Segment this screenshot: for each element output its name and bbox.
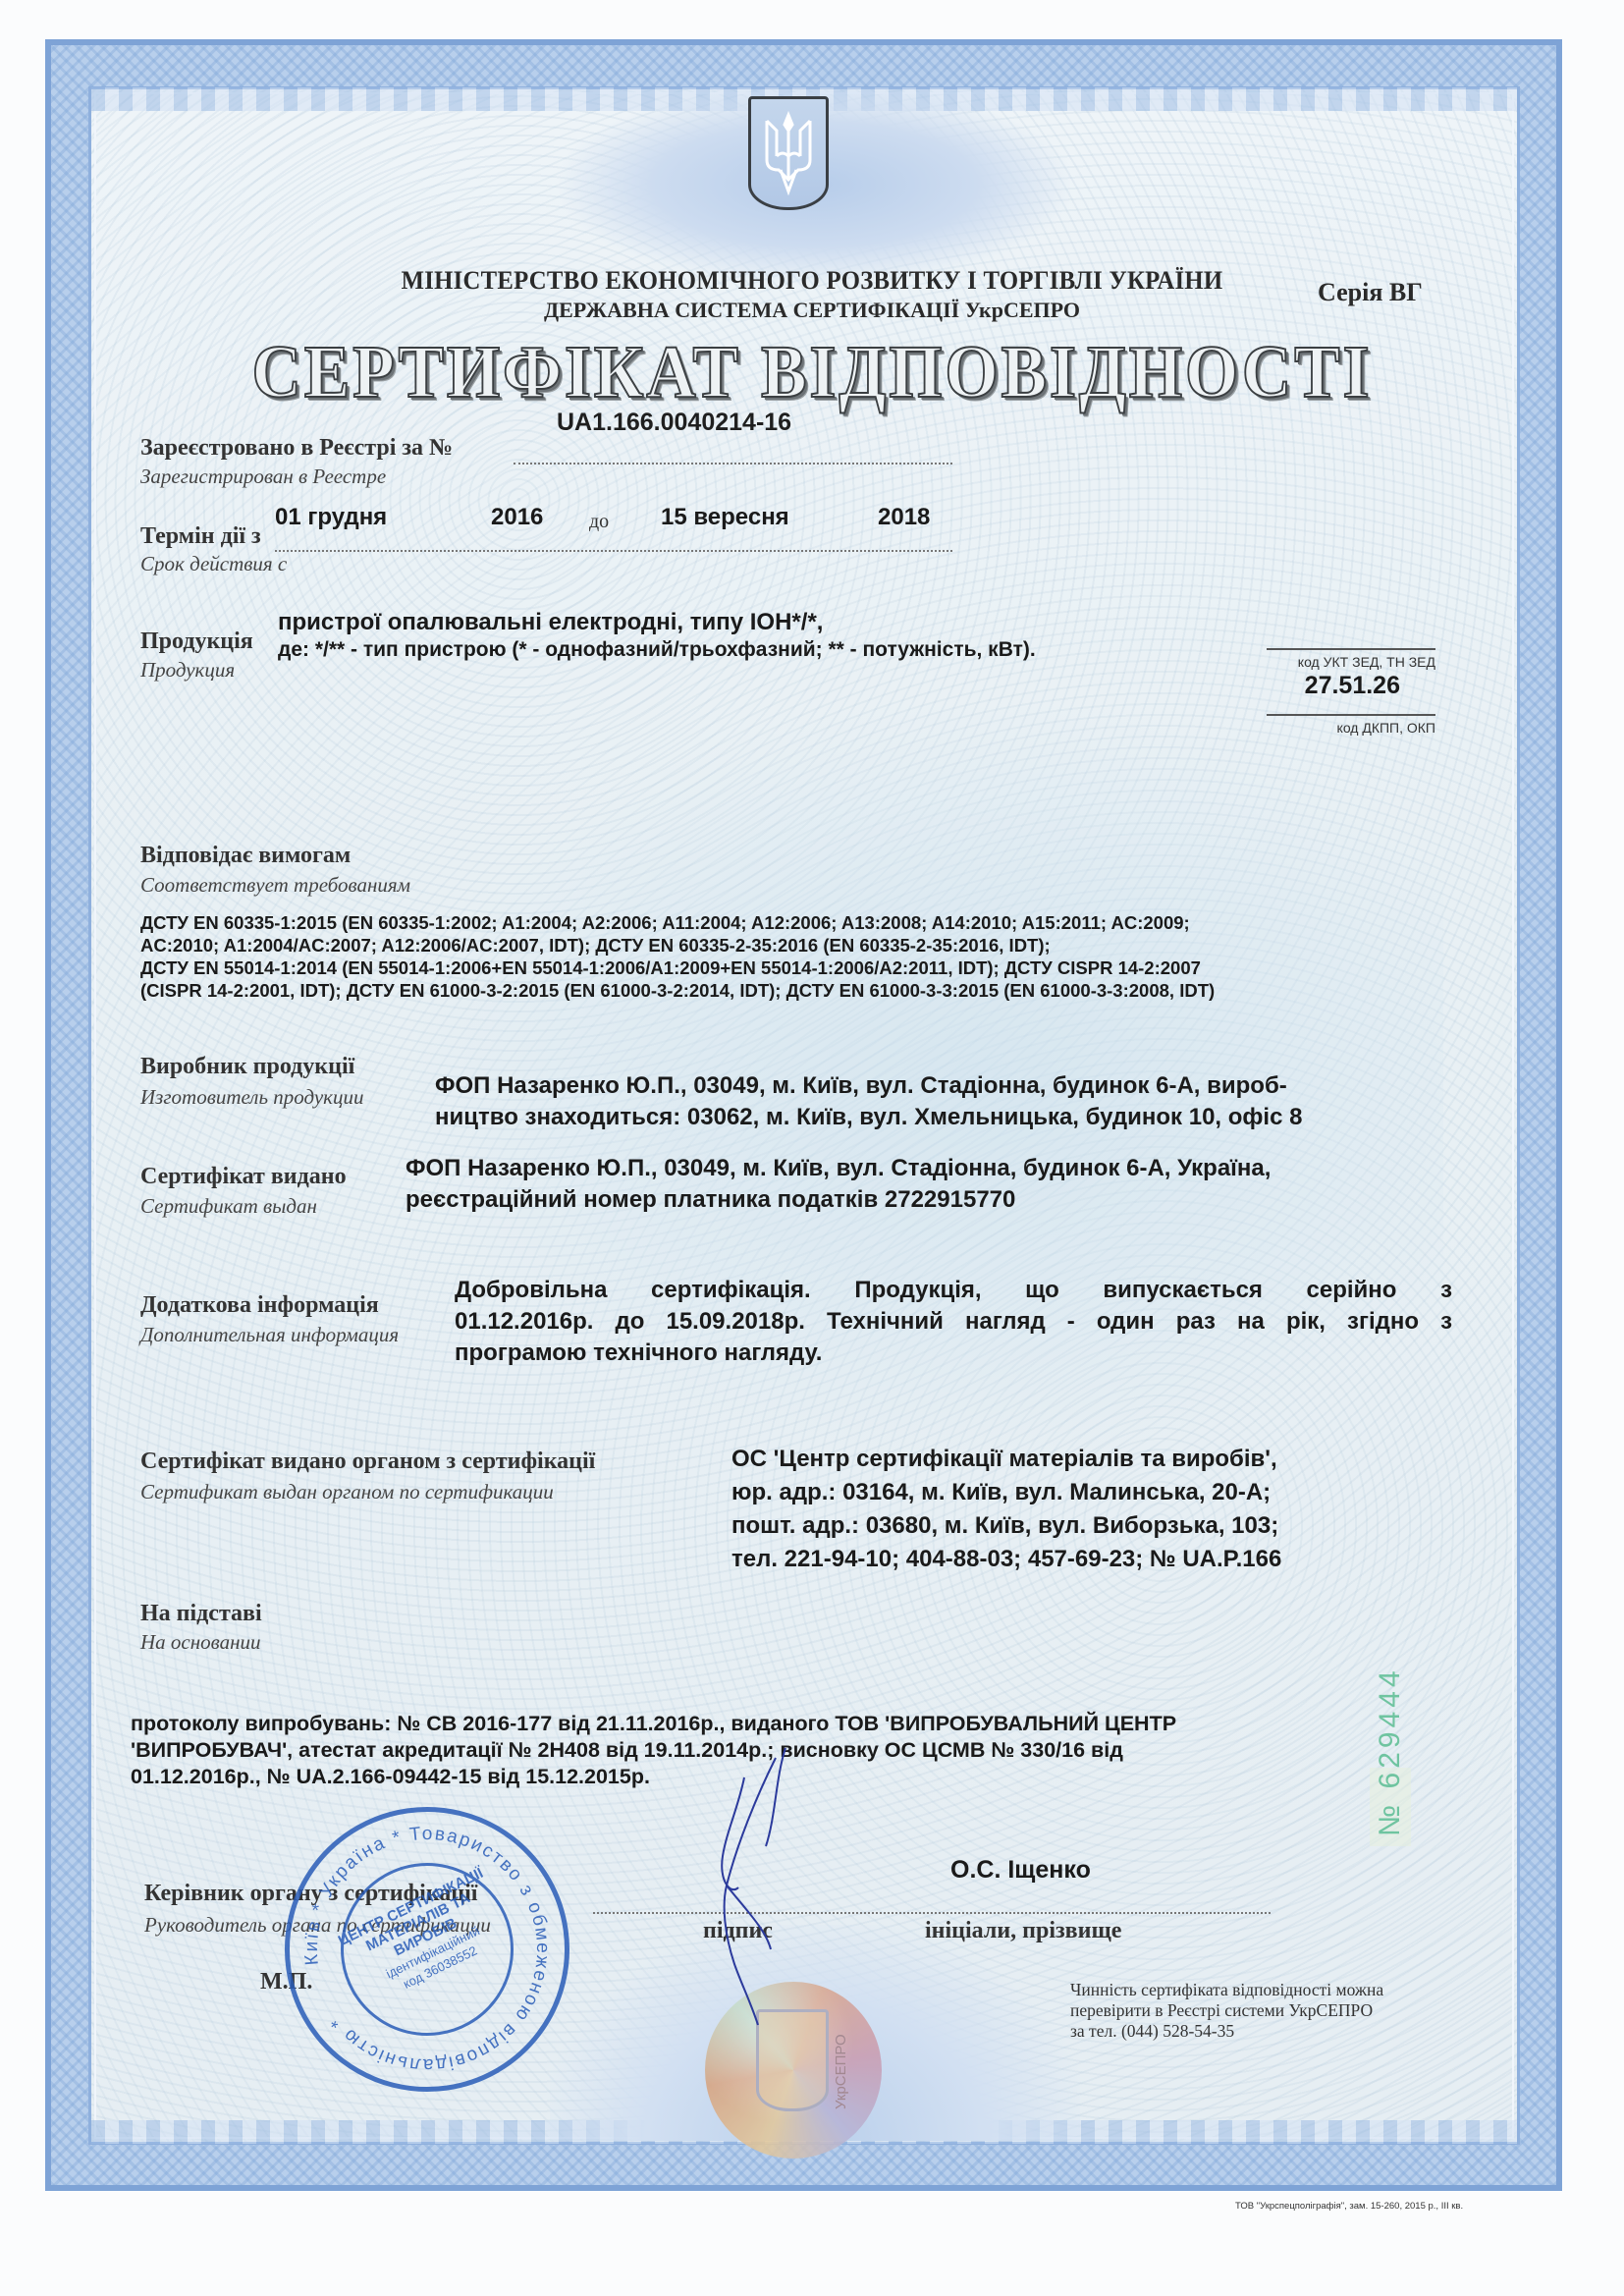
additional-info-line: 01.12.2016р. до 15.09.2018р. Технічний н… [455,1306,1452,1338]
certification-body-line: пошт. адр.: 03680, м. Київ, вул. Виборзь… [731,1509,1281,1543]
validity-label: Термін дії з [140,523,261,550]
verification-note: Чинність сертифіката відповідності можна… [1070,1980,1443,2042]
issued-to-line: ФОП Назаренко Ю.П., 03049, м. Київ, вул.… [406,1153,1271,1184]
code-divider [1267,648,1435,650]
series-label: Серія ВГ [1318,278,1423,307]
certificate-title: СЕРТИФІКАТ ВІДПОВІДНОСТІ [65,330,1559,415]
name-caption: ініціали, прізвище [925,1918,1121,1944]
issued-to-line: реєстраційний номер платника податків 27… [406,1184,1271,1216]
hologram-text: УкрСЕПРО [833,2034,849,2109]
code-divider [1267,714,1435,716]
dkpp-code-label: код ДКПП, ОКП [1267,720,1435,736]
certification-body-line: тел. 221-94-10; 404-88-03; 457-69-23; № … [731,1543,1281,1576]
certification-body-details: ОС 'Центр сертифікації матеріалів та вир… [731,1443,1281,1576]
valid-to-year: 2018 [878,504,930,531]
compliance-label: Відповідає вимогам [140,843,351,869]
uktzed-code-value: 27.51.26 [1267,672,1400,700]
additional-info-line: програмою технічного нагляду. [455,1338,1452,1369]
basis-label-ru: На основании [140,1630,261,1655]
product-codes: код УКТ ЗЕД, ТН ЗЕД 27.51.26 код ДКПП, О… [1267,648,1435,736]
manufacturer-address: ФОП Назаренко Ю.П., 03049, м. Київ, вул.… [435,1070,1302,1133]
manufacturer-line: ФОП Назаренко Ю.П., 03049, м. Київ, вул.… [435,1070,1302,1102]
standards-line: AC:2010; A1:2004/AC:2007; A12:2006/AC:20… [140,934,1456,957]
registry-label-ru: Зарегистрирован в Реестре [140,465,386,489]
issued-to-label-ru: Сертификат выдан [140,1194,317,1219]
product-label-ru: Продукция [140,658,235,683]
certification-body-line: ОС 'Центр сертифікації матеріалів та вир… [731,1443,1281,1476]
product-label: Продукція [140,629,253,655]
additional-info-line: Добровільна сертифікація. Продукція, що … [455,1275,1452,1306]
official-stamp: Київ * Україна * Товариство з обмеженою … [266,1788,588,2110]
registry-underline [514,463,952,465]
certificate-number: UA1.166.0040214-16 [557,409,791,437]
issued-to-label: Сертифікат видано [140,1164,347,1190]
additional-info-label: Додаткова інформація [140,1292,379,1319]
basis-line: протоколу випробувань: № СВ 2016-177 від… [131,1711,1358,1737]
valid-from-year: 2016 [491,504,543,531]
manufacturer-line: ництво знаходиться: 03062, м. Київ, вул.… [435,1102,1302,1133]
serial-number: № 629444 [1370,1768,1411,1846]
verification-line: Чинність сертифіката відповідності можна [1070,1980,1443,2000]
basis-label: На підставі [140,1601,262,1627]
trident-icon [748,96,829,210]
signer-name: О.С. Іщенко [950,1856,1091,1885]
compliance-label-ru: Соответствует требованиям [140,873,410,898]
issued-to-details: ФОП Назаренко Ю.П., 03049, м. Київ, вул.… [406,1153,1271,1216]
additional-info-label-ru: Дополнительная информация [140,1323,399,1347]
certification-body-line: юр. адр.: 03164, м. Київ, вул. Малинська… [731,1476,1281,1509]
additional-info-text: Добровільна сертифікація. Продукція, що … [455,1275,1452,1369]
valid-to-date: 15 вересня [661,504,789,531]
valid-to-word: до [589,511,609,533]
registry-label: Зареєстровано в Реєстрі за № [140,435,453,462]
product-line-1: пристрої опалювальні електродні, типу ІО… [278,609,823,636]
uktzed-code-label: код УКТ ЗЕД, ТН ЗЕД [1267,654,1435,670]
valid-from-date: 01 грудня [275,504,387,531]
certification-body-label: Сертифікат видано органом з сертифікації [140,1449,595,1475]
certification-body-label-ru: Сертификат выдан органом по сертификации [140,1480,554,1504]
product-line-2: де: */** - тип пристрою (* - однофазний/… [278,638,1036,662]
standards-line: (CISPR 14-2:2001, IDT); ДСТУ EN 61000-3-… [140,979,1456,1002]
validity-underline [275,550,952,552]
verification-line: перевірити в Реєстрі системи УкрСЕПРО [1070,2000,1443,2021]
standards-line: ДСТУ EN 60335-1:2015 (EN 60335-1:2002; A… [140,911,1456,934]
verification-line: за тел. (044) 528-54-35 [1070,2021,1443,2042]
manufacturer-label: Виробник продукції [140,1054,354,1080]
standards-line: ДСТУ EN 55014-1:2014 (EN 55014-1:2006+EN… [140,957,1456,979]
printer-imprint: ТОВ "Укрспецполіграфія", зам. 15-260, 20… [1235,2201,1463,2212]
manufacturer-label-ru: Изготовитель продукции [140,1085,363,1110]
standards-list: ДСТУ EN 60335-1:2015 (EN 60335-1:2002; A… [140,911,1456,1002]
validity-label-ru: Срок действия с [140,552,287,576]
